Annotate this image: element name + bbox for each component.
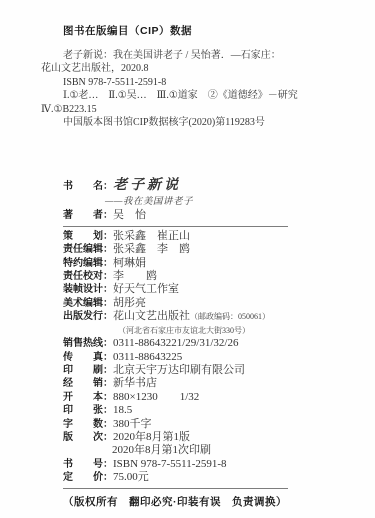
row-format: 开 本： 880×1230 1/32	[63, 391, 375, 404]
cip-line-class-code: Ⅳ.①B223.15	[41, 103, 375, 116]
row-value: 0311-88643225	[113, 351, 182, 364]
row-value: 北京天宇万达印刷有限公司	[113, 364, 245, 377]
row-label: 印 刷：	[63, 364, 113, 377]
book-title-label: 书 名：	[63, 179, 113, 195]
row-value: ISBN 978-7-5511-2591-8	[113, 458, 227, 471]
row-label: 特约编辑：	[63, 257, 113, 270]
cip-line-publisher: 花山文艺出版社，2020.8	[41, 62, 375, 75]
row-label: 经 销：	[63, 377, 113, 390]
book-subtitle: ——我在美国讲老子	[105, 195, 193, 209]
row-label: 版 次：	[63, 431, 113, 444]
colophon-table: 书 名： 老子新说 ——我在美国讲老子 著 者： 吴 怡 策 划： 张采鑫 崔正…	[63, 178, 375, 488]
cip-line-isbn: ISBN 978-7-5511-2591-8	[41, 76, 375, 89]
cip-line-record-no: 中国版本图书馆CIP数据核字(2020)第119283号	[41, 116, 375, 129]
cip-header: 图书在版编目（CIP）数据	[63, 23, 375, 38]
row-publisher-address: （河北省石家庄市友谊北大街330号）	[63, 324, 375, 337]
publisher-address: （河北省石家庄市友谊北大街330号）	[118, 324, 250, 337]
row-value: 李 鸥	[113, 270, 157, 283]
cip-body: 老子新说：我在美国讲老子 / 吴怡著．—石家庄： 花山文艺出版社，2020.8 …	[41, 49, 375, 129]
row-value: 花山文艺出版社	[113, 310, 190, 323]
row-isbn: 书 号： ISBN 978-7-5511-2591-8	[63, 458, 375, 471]
row-value: 880×1230 1/32	[113, 391, 199, 404]
cip-section: 图书在版编目（CIP）数据 老子新说：我在美国讲老子 / 吴怡著．—石家庄： 花…	[41, 23, 375, 129]
row-value: 吴 怡	[113, 209, 146, 222]
row-author: 著 者： 吴 怡	[63, 209, 375, 222]
row-value: 2020年8月第1版	[113, 431, 190, 444]
book-title-row: 书 名： 老子新说	[63, 178, 375, 195]
row-cover-design: 装帧设计： 好天气工作室	[63, 283, 375, 296]
row-label: 销售热线：	[63, 337, 113, 350]
row-art-editor: 美术编辑： 胡彤亮	[63, 297, 375, 310]
row-price: 定 价： 75.00元	[63, 471, 375, 484]
publisher-postcode-note: （邮政编码：050061）	[190, 310, 270, 323]
row-print-run: 2020年8月第1次印刷	[63, 444, 375, 457]
row-value: 0311-88643221/29/31/32/26	[113, 337, 238, 350]
row-value: 张采鑫 崔正山	[113, 230, 190, 243]
copyright-notice: （版权所有 翻印必究·印装有误 负责调换）	[63, 494, 375, 509]
row-label: 出版发行：	[63, 310, 113, 323]
divider-top	[63, 226, 288, 227]
row-value: 胡彤亮	[113, 297, 146, 310]
row-value: 好天气工作室	[113, 283, 179, 296]
row-label: 策 划：	[63, 230, 113, 243]
row-distributor: 经 销： 新华书店	[63, 377, 375, 390]
divider-bottom	[63, 488, 288, 489]
copyright-page: 图书在版编目（CIP）数据 老子新说：我在美国讲老子 / 吴怡著．—石家庄： 花…	[0, 0, 375, 518]
row-proofreader: 责任校对： 李 鸥	[63, 270, 375, 283]
row-edition: 版 次： 2020年8月第1版	[63, 431, 375, 444]
row-value: 380千字	[113, 418, 152, 431]
row-managing-editor: 责任编辑： 张采鑫 李 鸥	[63, 243, 375, 256]
row-fax: 传 真： 0311-88643225	[63, 351, 375, 364]
print-run-line: 2020年8月第1次印刷	[112, 444, 211, 457]
row-publisher: 出版发行： 花山文艺出版社 （邮政编码：050061）	[63, 310, 375, 323]
row-label: 装帧设计：	[63, 283, 113, 296]
row-label: 著 者：	[63, 209, 113, 222]
row-value: 张采鑫 李 鸥	[113, 243, 190, 256]
row-label: 定 价：	[63, 471, 113, 484]
row-label: 字 数：	[63, 418, 113, 431]
row-planner: 策 划： 张采鑫 崔正山	[63, 230, 375, 243]
row-label: 美术编辑：	[63, 297, 113, 310]
row-value: 柯琳娟	[113, 257, 146, 270]
row-value: 75.00元	[113, 471, 149, 484]
row-sales-hotline: 销售热线： 0311-88643221/29/31/32/26	[63, 337, 375, 350]
row-label: 传 真：	[63, 351, 113, 364]
row-value: 新华书店	[113, 377, 157, 390]
row-label: 书 号：	[63, 458, 113, 471]
book-subtitle-row: ——我在美国讲老子	[63, 195, 375, 209]
row-label: 责任校对：	[63, 270, 113, 283]
cip-line-title: 老子新说：我在美国讲老子 / 吴怡著．—石家庄：	[41, 49, 375, 62]
row-printer: 印 刷： 北京天宇万达印刷有限公司	[63, 364, 375, 377]
cip-line-categories: Ⅰ.①老… Ⅱ.①吴… Ⅲ.①道家 ②《道德经》－研究	[41, 89, 375, 102]
row-value: 18.5	[113, 404, 132, 417]
row-label: 开 本：	[63, 391, 113, 404]
row-label: 责任编辑：	[63, 243, 113, 256]
row-sheets: 印 张： 18.5	[63, 404, 375, 417]
book-title: 老子新说	[113, 178, 181, 194]
row-contributing-editor: 特约编辑： 柯琳娟	[63, 257, 375, 270]
row-word-count: 字 数： 380千字	[63, 418, 375, 431]
row-label: 印 张：	[63, 404, 113, 417]
